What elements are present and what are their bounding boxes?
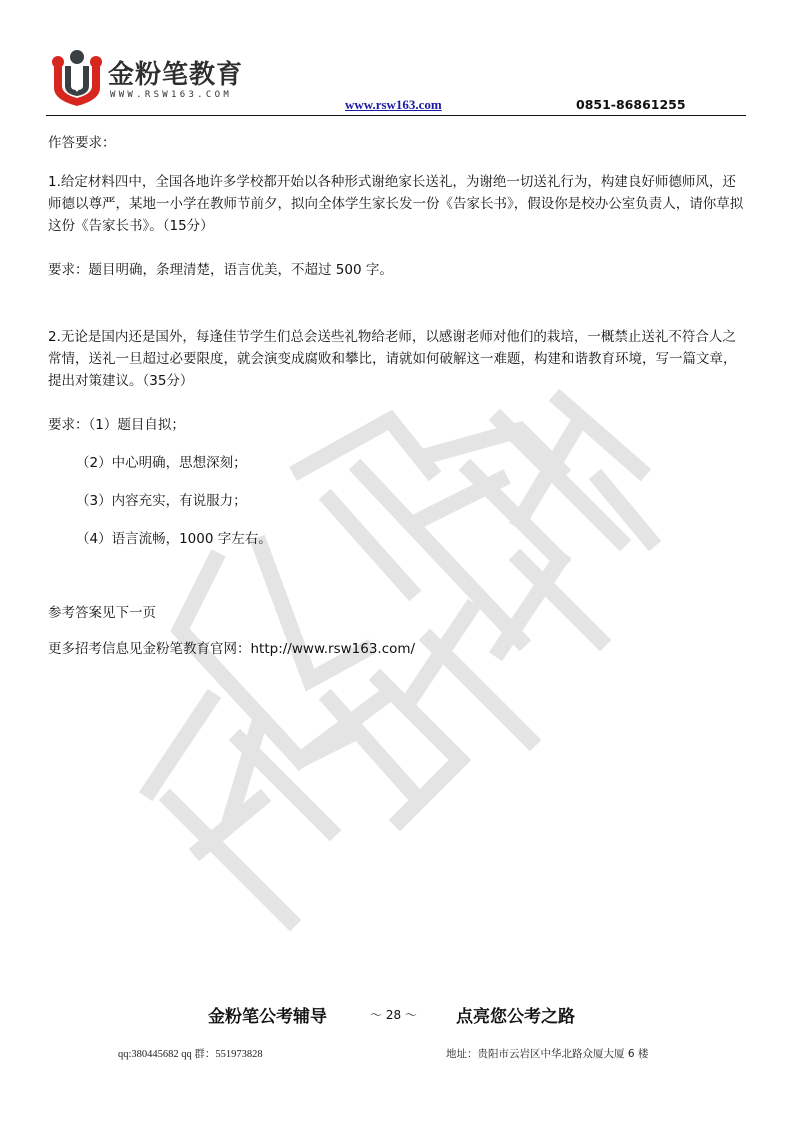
- footer-left-slogan: 金粉笔公考辅导: [208, 1002, 327, 1027]
- header-phone: 0851-86861255: [576, 97, 686, 112]
- question-2-requirement-2: （2）中心明确，思想深刻；: [76, 452, 776, 474]
- question-1-text: 1.给定材料四中，全国各地许多学校都开始以各种形式谢绝家长送礼，为谢绝一切送礼行…: [48, 171, 748, 237]
- footer-right-slogan: 点亮您公考之路: [456, 1002, 575, 1027]
- logo-mark-icon: [50, 48, 104, 108]
- document-page: 金粉笔教育 WWW.RSW163.COM www.rsw163.com 0851…: [0, 0, 793, 1122]
- page-footer: 金粉笔公考辅导 ～ 28 ～ 点亮您公考之路: [0, 1002, 793, 1028]
- question-2-requirement-1: 要求：（1）题目自拟；: [48, 414, 748, 436]
- section-heading: 作答要求：: [48, 132, 748, 154]
- footer-address: 地址：贵阳市云岩区中华北路众厦大厦 6 楼: [446, 1046, 648, 1061]
- answer-note: 参考答案见下一页: [48, 602, 748, 624]
- question-2-requirement-4: （4）语言流畅，1000 字左右。: [76, 528, 776, 550]
- footer-contact: qq:380445682 qq 群：551973828: [118, 1046, 263, 1061]
- footer-contact-bar: qq:380445682 qq 群：551973828 地址：贵阳市云岩区中华北…: [0, 1046, 793, 1062]
- question-1-requirement: 要求：题目明确，条理清楚，语言优美，不超过 500 字。: [48, 259, 748, 281]
- question-2-requirement-3: （3）内容充实，有说服力；: [76, 490, 776, 512]
- page-header: 金粉笔教育 WWW.RSW163.COM www.rsw163.com 0851…: [0, 0, 793, 120]
- logo-subtitle: WWW.RSW163.COM: [110, 90, 232, 100]
- logo-title: 金粉笔教育: [108, 54, 243, 91]
- watermark-logo-icon: [0, 0, 793, 1122]
- page-number: ～ 28 ～: [370, 1006, 417, 1023]
- question-2-text: 2.无论是国内还是国外，每逢佳节学生们总会送些礼物给老师，以感谢老师对他们的栽培…: [48, 326, 748, 392]
- header-website-link[interactable]: www.rsw163.com: [345, 97, 442, 113]
- brand-logo: 金粉笔教育 WWW.RSW163.COM: [50, 48, 260, 108]
- more-info-link[interactable]: 更多招考信息见金粉笔教育官网：http://www.rsw163.com/: [48, 638, 748, 660]
- header-divider: [46, 115, 746, 116]
